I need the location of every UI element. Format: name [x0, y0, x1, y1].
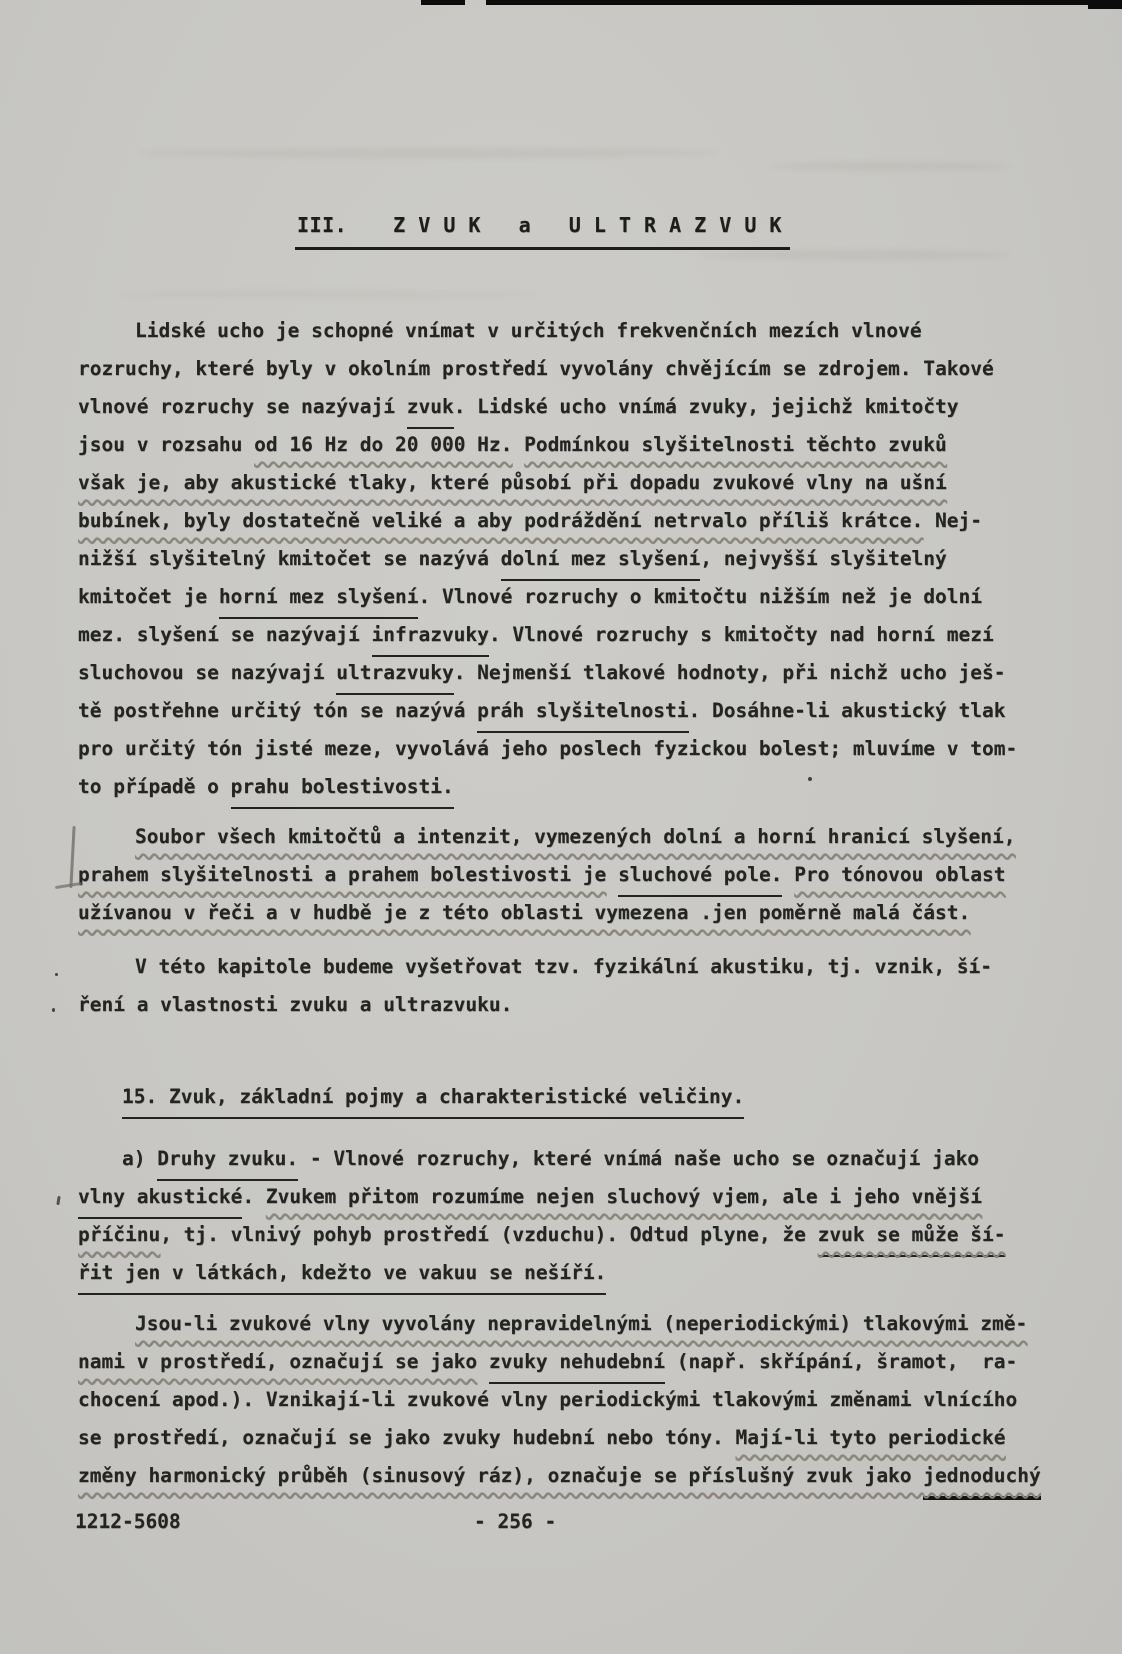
text-line: Soubor všech kmitočtů a intenzit, vymeze… [78, 818, 1078, 856]
text-segment [606, 863, 618, 886]
text-segment: ření a vlastnosti zvuku a ultrazvuku. [78, 993, 512, 1016]
text-segment: , tj. vlnivý pohyb prostředí (vzduchu). … [160, 1223, 817, 1246]
text-segment: . Dosáhne-li akustický tlak [689, 699, 1006, 722]
text-line: bubínek, byly dostatečně veliké a aby po… [78, 502, 1078, 540]
text-segment: chocení apod.). Vznikají-li zvukové vlny… [78, 1388, 1017, 1411]
text-segment: mez. slyšení se nazývají [78, 623, 372, 646]
margin-pencil-mark [69, 826, 75, 888]
ink-speck [808, 777, 812, 781]
underlined-text: Zvukem přitom rozumíme nejen sluchový vj… [266, 1185, 982, 1208]
text-line: V této kapitole budeme vyšetřovat tzv. f… [78, 948, 1078, 986]
bleed-through-smudge [770, 162, 1010, 171]
text-line: prahem slyšitelnosti a prahem bolestivos… [78, 856, 1078, 894]
text-line: užívanou v řeči a v hudbě je z této obla… [78, 894, 1078, 932]
underlined-text: zvuky nehudební [489, 1350, 665, 1384]
text-segment: V této kapitole budeme vyšetřovat tzv. f… [135, 955, 992, 978]
text-segment: sluchovou se nazývají [78, 661, 336, 684]
document-number: 1212-5608 [75, 1510, 181, 1533]
text-line: rozruchy, které byly v okolním prostředí… [78, 350, 1078, 388]
text-segment: vlnové rozruchy se nazývají [78, 395, 407, 418]
scan-edge-artifact [486, 0, 1122, 5]
text-segment: . Nejmenší tlakové hodnoty, při nichž uc… [454, 661, 1006, 684]
text-line: řit jen v látkách, kdežto ve vakuu se ne… [78, 1254, 1078, 1292]
text-segment: . Lidské ucho vnímá zvuky, jejichž kmito… [454, 395, 959, 418]
text-segment: rozruchy, které byly v okolním prostředí… [78, 357, 994, 380]
underlined-text: prahu bolestivosti. [231, 775, 454, 809]
text-segment: . Vlnové rozruchy o kmitočtu nižším než … [418, 585, 982, 608]
paragraph: Soubor všech kmitočtů a intenzit, vymeze… [78, 818, 1078, 932]
underlined-text: Soubor všech kmitočtů a intenzit, vymeze… [135, 825, 1016, 848]
document-body: Lidské ucho je schopné vnímat v určitých… [78, 312, 1078, 1495]
scanned-page: III.Z V U K a U L T R A Z V U K Lidské u… [0, 0, 1122, 1654]
underlined-text: 15. Zvuk, základní pojmy a charakteristi… [122, 1085, 744, 1119]
text-line: chocení apod.). Vznikají-li zvukové vlny… [78, 1381, 1078, 1419]
text-line: pro určitý tón jisté meze, vyvolává jeho… [78, 730, 1078, 768]
scan-edge-artifact [421, 0, 465, 5]
text-line: vlny akustické. Zvukem přitom rozumíme n… [78, 1178, 1078, 1216]
underlined-text: řit jen v látkách, kdežto ve vakuu se ne… [78, 1261, 606, 1295]
underlined-text: užívanou v řeči a v hudbě je z této obla… [78, 901, 970, 924]
text-line: příčinu, tj. vlnivý pohyb prostředí (vzd… [78, 1216, 1078, 1254]
text-line: nami v prostředí, označují se jako zvuky… [78, 1343, 1078, 1381]
text-segment: se prostředí, označují se jako zvuky hud… [78, 1426, 735, 1449]
underlined-text: zvuk [407, 395, 454, 429]
text-segment: jsou v rozsahu [78, 433, 254, 456]
text-segment [477, 1350, 489, 1373]
underlined-text: bubínek, byly dostatečně veliké a aby po… [78, 509, 923, 532]
underlined-text: příčinu [78, 1223, 160, 1246]
text-segment: kmitočet je [78, 585, 219, 608]
underlined-text: Druhy zvuku. [157, 1147, 298, 1181]
underlined-text: Pro tónovou oblast [794, 863, 1005, 886]
text-segment: , nejvyšší slyšitelný [700, 547, 947, 570]
paragraph: V této kapitole budeme vyšetřovat tzv. f… [78, 948, 1078, 1024]
underlined-text: od 16 Hz do 20 000 Hz. [254, 433, 512, 456]
underlined-text: ultrazvuky [336, 661, 453, 695]
underlined-text: prahem slyšitelnosti a prahem bolestivos… [78, 863, 606, 886]
underlined-text: Mají-li tyto periodické [735, 1426, 1005, 1449]
underlined-text: sluchové pole. [618, 863, 782, 897]
text-line: Lidské ucho je schopné vnímat v určitých… [78, 312, 1078, 350]
text-line: vlnové rozruchy se nazývají zvuk. Lidské… [78, 388, 1078, 426]
text-line: změny harmonický průběh (sinusový ráz), … [78, 1457, 1078, 1495]
text-line: mez. slyšení se nazývají infrazvuky. Vln… [78, 616, 1078, 654]
scan-edge-artifact [1088, 0, 1122, 9]
text-segment: - Vlnové rozruchy, které vnímá naše ucho… [298, 1147, 979, 1170]
text-segment: . [242, 1185, 265, 1208]
section-heading: 15. Zvuk, základní pojmy a charakteristi… [78, 1078, 1078, 1116]
bleed-through-smudge [140, 148, 720, 158]
text-line: to případě o prahu bolestivosti. [78, 768, 1078, 806]
text-segment: . Vlnové rozruchy s kmitočty nad horní m… [489, 623, 994, 646]
text-segment: Nej- [923, 509, 982, 532]
chapter-title-text: Z V U K a U L T R A Z V U K [393, 213, 782, 237]
underlined-text: horní mez slyšení [219, 585, 419, 619]
ink-speck [52, 1008, 55, 1012]
paragraph: Jsou-li zvukové vlny vyvolány nepravidel… [78, 1305, 1078, 1495]
text-line: 15. Zvuk, základní pojmy a charakteristi… [78, 1078, 1078, 1116]
text-line: se prostředí, označují se jako zvuky hud… [78, 1419, 1078, 1457]
text-segment: pro určitý tón jisté meze, vyvolává jeho… [78, 737, 1017, 760]
chapter-title: III.Z V U K a U L T R A Z V U K [295, 213, 790, 250]
text-segment: Lidské ucho je schopné vnímat v určitých… [135, 319, 922, 342]
bleed-through-smudge [120, 290, 540, 299]
text-segment [512, 433, 524, 456]
text-line: sluchovou se nazývají ultrazvuky. Nejmen… [78, 654, 1078, 692]
paragraph: a) Druhy zvuku. - Vlnové rozruchy, které… [78, 1140, 1078, 1292]
underlined-text: nami v prostředí, označují se jako [78, 1350, 477, 1373]
text-segment: (např. skřípání, šramot, ra- [665, 1350, 1017, 1373]
chapter-number: III. [297, 213, 347, 237]
underlined-text: Podmínkou slyšitelnosti těchto zvuků [524, 433, 947, 456]
text-segment: a) [122, 1147, 157, 1170]
text-line: nižší slyšitelný kmitočet se nazývá doln… [78, 540, 1078, 578]
paragraph: Lidské ucho je schopné vnímat v určitých… [78, 312, 1078, 806]
underlined-text: vlny akustické [78, 1185, 242, 1219]
page-number: - 256 - [474, 1510, 556, 1533]
text-segment: nižší slyšitelný kmitočet se nazývá [78, 547, 501, 570]
underlined-text: dolní mez slyšení [501, 547, 701, 581]
underlined-text: jednoduchý [923, 1464, 1040, 1500]
text-segment: to případě o [78, 775, 231, 798]
underlined-text: Jsou-li zvukové vlny vyvolány nepravidel… [135, 1312, 1027, 1335]
underlined-text: práh slyšitelnosti [477, 699, 688, 733]
text-segment: tě postřehne určitý tón se nazývá [78, 699, 477, 722]
text-segment [782, 863, 794, 886]
text-line: tě postřehne určitý tón se nazývá práh s… [78, 692, 1078, 730]
bleed-through-smudge [700, 250, 1010, 260]
text-line: kmitočet je horní mez slyšení. Vlnové ro… [78, 578, 1078, 616]
underlined-text: však je, aby akustické tlaky, které půso… [78, 471, 947, 494]
text-line: Jsou-li zvukové vlny vyvolány nepravidel… [78, 1305, 1078, 1343]
ink-speck [55, 973, 58, 976]
text-line: jsou v rozsahu od 16 Hz do 20 000 Hz. Po… [78, 426, 1078, 464]
text-line: a) Druhy zvuku. - Vlnové rozruchy, které… [78, 1140, 1078, 1178]
underlined-text: infrazvuky [372, 623, 489, 657]
text-line: ření a vlastnosti zvuku a ultrazvuku. [78, 986, 1078, 1024]
underlined-text: změny harmonický průběh (sinusový ráz), … [78, 1464, 923, 1487]
margin-pencil-mark [56, 1196, 60, 1205]
underlined-text: zvuk se může ší- [818, 1223, 1006, 1257]
text-line: však je, aby akustické tlaky, které půso… [78, 464, 1078, 502]
